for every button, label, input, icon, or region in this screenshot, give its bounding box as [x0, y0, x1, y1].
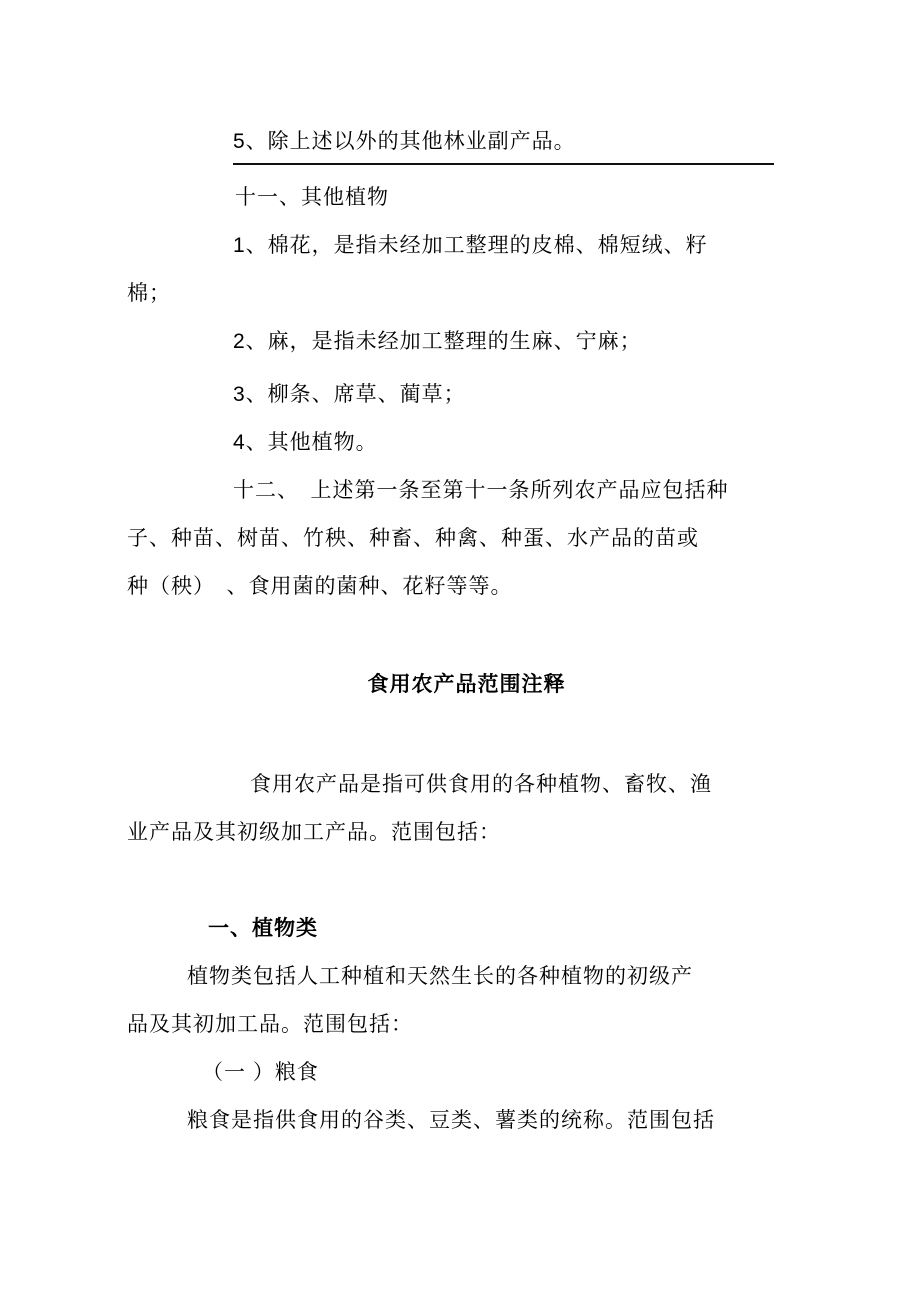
- heading-1-plant-category: 一、植物类: [127, 905, 774, 953]
- heading-1-1-grain: （一 ）粮食: [127, 1049, 774, 1097]
- doc-title-edible-agri-products-scope: 食用农产品范围注释: [159, 661, 774, 709]
- para-plant-category-definition-continuation: 品及其初加工品。范围包括：: [127, 1001, 774, 1049]
- line-item-1-cotton-continuation: 棉；: [127, 270, 774, 318]
- line-item-3-wicker-rush: 3、柳条、席草、蔺草；: [127, 371, 774, 419]
- document-page: 5、除上述以外的其他林业副产品。 十一、其他植物 1、棉花，是指未经加工整理的皮…: [0, 0, 920, 1303]
- line-item-12-seeds-continuation-2: 种（秧） 、食用菌的菌种、花籽等等。: [127, 563, 774, 611]
- para-grain-definition: 粮食是指供食用的谷类、豆类、薯类的统称。范围包括: [127, 1097, 774, 1145]
- heading-11-other-plants: 十一、其他植物: [127, 174, 774, 222]
- para-edible-products-definition-continuation: 业产品及其初级加工产品。范围包括：: [127, 809, 774, 857]
- line-item-5-forestry-byproducts: 5、除上述以外的其他林业副产品。: [233, 121, 774, 165]
- line-item-4-other-plants: 4、其他植物。: [127, 419, 774, 467]
- para-plant-category-definition: 植物类包括人工种植和天然生长的各种植物的初级产: [127, 953, 774, 1001]
- line-item-12-seeds-continuation-1: 子、种苗、树苗、竹秧、种畜、种禽、种蛋、水产品的苗或: [127, 515, 774, 563]
- line-item-1-cotton: 1、棉花，是指未经加工整理的皮棉、棉短绒、籽: [127, 222, 774, 270]
- line-item-2-hemp: 2、麻，是指未经加工整理的生麻、宁麻；: [127, 318, 774, 366]
- line-item-12-seeds-scope: 十二、 上述第一条至第十一条所列农产品应包括种: [127, 467, 774, 515]
- para-edible-products-definition: 食用农产品是指可供食用的各种植物、畜牧、渔: [127, 761, 774, 809]
